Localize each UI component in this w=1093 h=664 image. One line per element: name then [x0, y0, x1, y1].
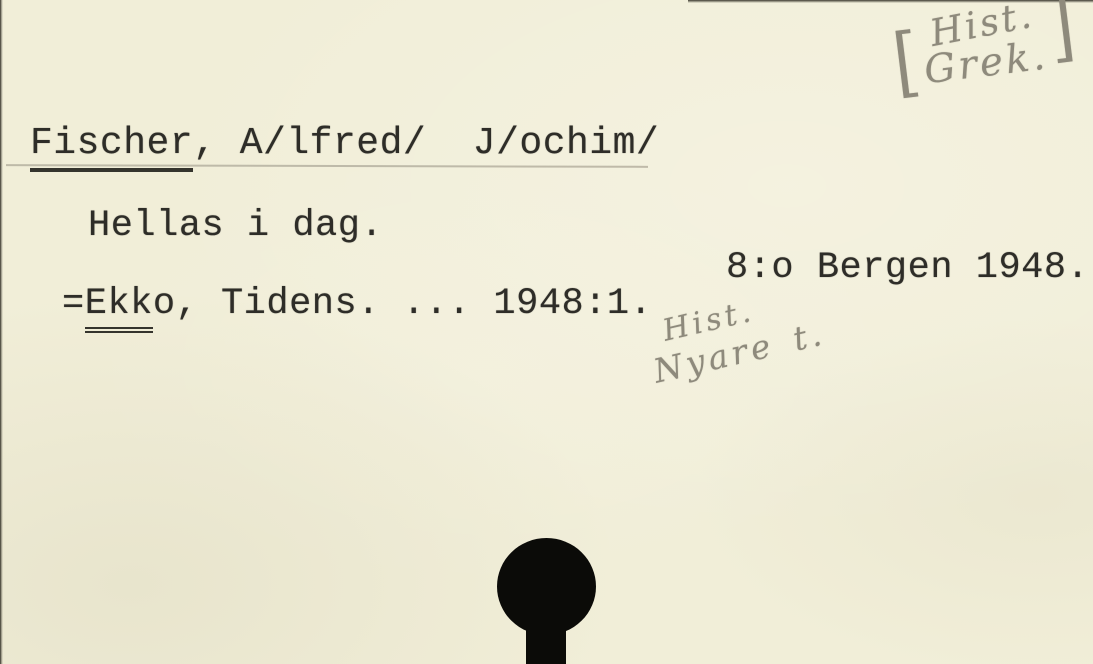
- classification-lines: Hist. Grek.: [917, 0, 1050, 93]
- author-forenames: , A/lfred/ J/ochim/: [193, 122, 659, 165]
- source-prefix: =: [62, 283, 85, 325]
- title-line: Hellas i dag.: [88, 205, 383, 248]
- classification-note: [ Hist. Grek. ]: [886, 0, 1082, 97]
- source-emphasis-1: E: [85, 283, 108, 333]
- pencil-note: Hist. Nyare t.: [642, 279, 829, 390]
- source-rest: o, Tidens. ... 1948:1.: [153, 283, 652, 325]
- bracket-open: [: [889, 24, 923, 99]
- bracket-close: ]: [1044, 0, 1078, 64]
- imprint-line: 8:o Bergen 1948.: [726, 247, 1089, 290]
- author-heading: Fischer, A/lfred/ J/ochim/: [30, 122, 659, 172]
- hole-punch-slot: [526, 618, 566, 664]
- scan-edge-left: [0, 0, 3, 664]
- author-surname: Fischer: [30, 122, 193, 172]
- source-emphasis-2: kk: [107, 283, 152, 333]
- source-line: =Ekko, Tidens. ... 1948:1.: [62, 283, 652, 333]
- catalog-card-scan: [ Hist. Grek. ] Fischer, A/lfred/ J/ochi…: [0, 0, 1093, 664]
